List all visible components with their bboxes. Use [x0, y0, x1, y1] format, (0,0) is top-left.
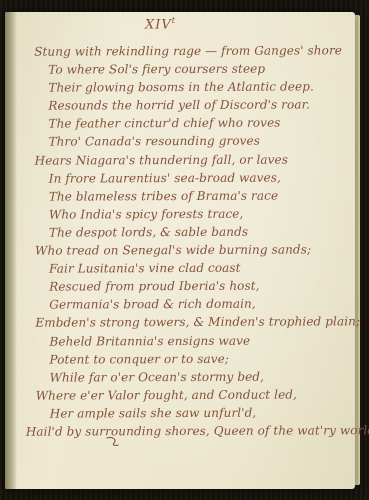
poem-line: Thro' Canada's resounding groves — [49, 132, 353, 151]
poem-line: The feather cinctur'd chief who roves — [48, 114, 352, 133]
poem-line: Embden's strong towers, & Minden's troph… — [35, 313, 353, 332]
poem-line: Potent to conquer or to save; — [49, 349, 353, 368]
page-number: XIVt — [145, 16, 176, 32]
manuscript-page: XIVt Stung with rekindling rage — from G… — [5, 12, 355, 489]
poem-line: Stung with rekindling rage — from Ganges… — [34, 41, 352, 60]
poem-line: The blameless tribes of Brama's race — [49, 186, 353, 205]
poem-line: To where Sol's fiery coursers steep — [48, 59, 352, 78]
binding-gutter — [5, 12, 17, 489]
poem-line: Rescued from proud Iberia's host, — [49, 277, 353, 296]
poem-line: Germania's broad & rich domain, — [49, 295, 353, 314]
poem-line: Who India's spicy forests trace, — [49, 204, 353, 223]
pen-flourish-icon — [105, 436, 121, 448]
poem-line: Their glowing bosoms in the Atlantic dee… — [48, 77, 352, 96]
poem-line: Resounds the horrid yell of Discord's ro… — [48, 96, 352, 115]
page-number-numeral: XIV — [145, 17, 172, 32]
poem-line: Her ample sails she saw unfurl'd, — [50, 403, 354, 422]
poem-line: In frore Laurentius' sea-broad waves, — [49, 168, 353, 187]
poem-line: Hail'd by surrounding shores, Queen of t… — [26, 421, 354, 441]
poem-line: The despot lords, & sable bands — [49, 222, 353, 241]
poem-line: While far o'er Ocean's stormy bed, — [50, 367, 354, 386]
poem-line: Where e'er Valor fought, and Conduct led… — [36, 385, 354, 404]
poem-body: Stung with rekindling rage — from Ganges… — [24, 41, 354, 440]
poem-line: Hears Niagara's thundering fall, or lave… — [35, 150, 353, 169]
page-number-superscript: t — [172, 16, 176, 25]
poem-line: Beheld Britannia's ensigns wave — [49, 331, 353, 350]
poem-line: Who tread on Senegal's wide burning sand… — [35, 240, 353, 259]
poem-line: Fair Lusitania's vine clad coast — [49, 258, 353, 277]
manuscript-photo: XIVt Stung with rekindling rage — from G… — [0, 0, 369, 500]
